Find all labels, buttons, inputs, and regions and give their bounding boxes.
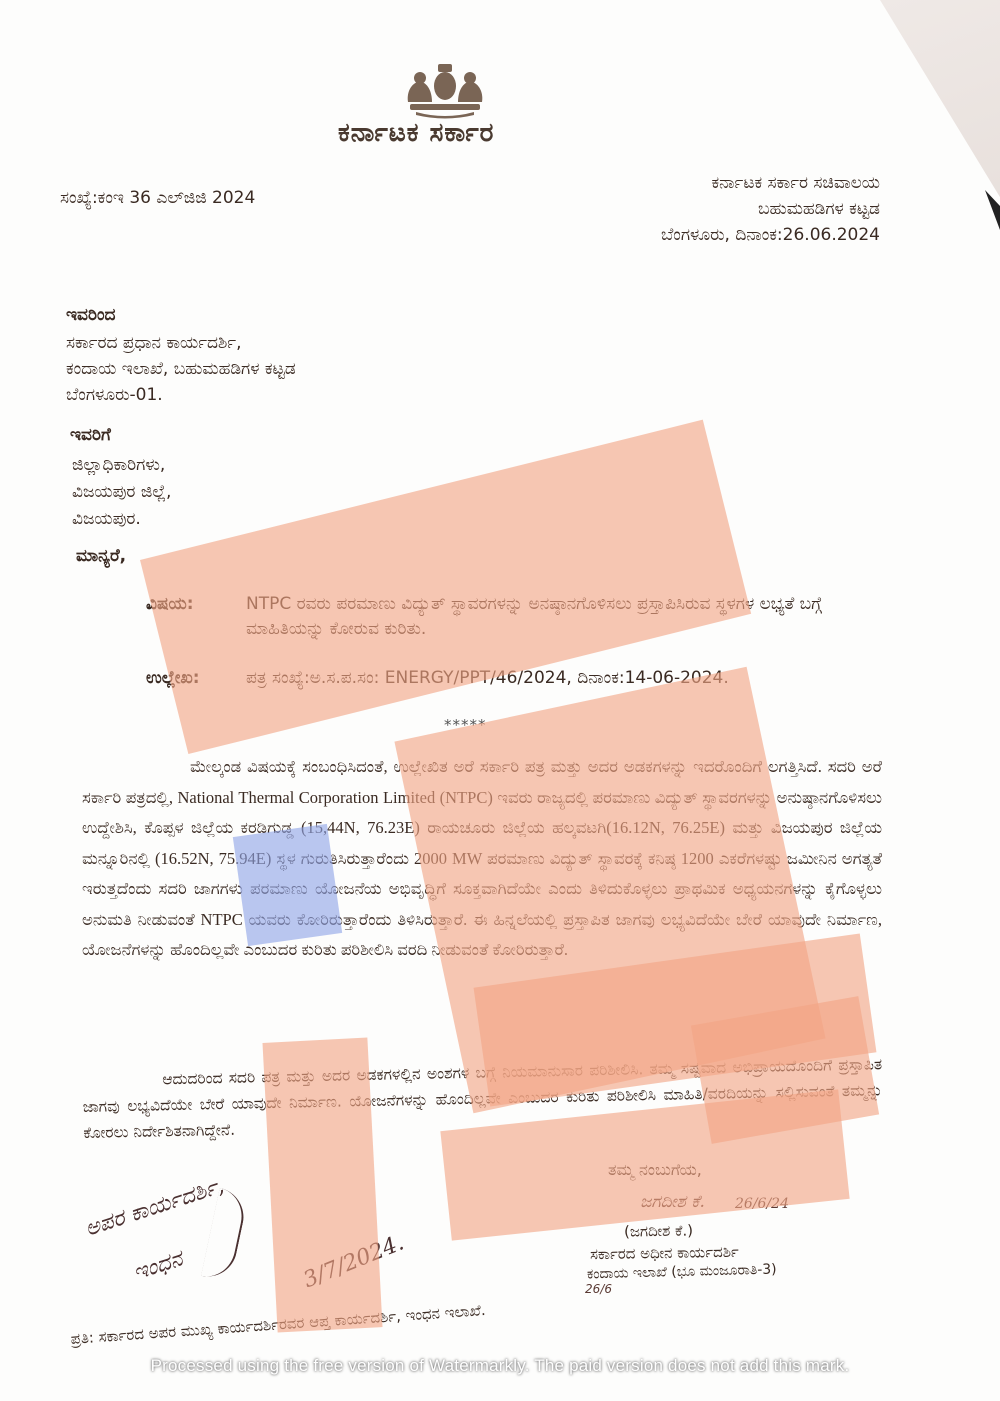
to-line: ವಿಜಯಪುರ. (72, 506, 171, 533)
reference-number: ಸಂಖ್ಯೆ:ಕಂಇ 36 ಎಲ್‌ಜಿಜಿ 2024 (60, 188, 255, 208)
karnataka-emblem-icon (402, 62, 488, 120)
page-fold-corner (880, 0, 1000, 230)
address-date-line: ಬೆಂಗಳೂರು, ದಿನಾಂಕ:26.06.2024 (661, 222, 880, 248)
salutation: ಮಾನ್ಯರೆ, (76, 546, 126, 566)
watermark: Processed using the free version of Wate… (0, 1356, 1000, 1376)
to-label: ಇವರಿಗೆ (70, 425, 111, 445)
signatory-name: (ಜಗದೀಶ ಕೆ.) (624, 1221, 693, 1240)
handwritten-note-line2: ಇಂಧನ (130, 1246, 186, 1285)
address-line: ಬಹುಮಹಡಿಗಳ ಕಟ್ಟಡ (661, 196, 880, 222)
highlight-overlay (262, 1037, 382, 1332)
to-block: ಜಿಲ್ಲಾಧಿಕಾರಿಗಳು, ವಿಜಯಪುರ ಜಿಲ್ಲೆ, ವಿಜಯಪುರ… (72, 452, 171, 533)
highlight-overlay-blue (233, 824, 342, 946)
initial-date: 26/6 (585, 1282, 612, 1296)
handwritten-note-line1: ಅಪರ ಕಾರ್ಯದರ್ಶಿ, (82, 1173, 227, 1241)
from-block: ಸರ್ಕಾರದ ಪ್ರಧಾನ ಕಾರ್ಯದರ್ಶಿ, ಕಂದಾಯ ಇಲಾಖೆ, … (66, 330, 296, 408)
from-line: ಸರ್ಕಾರದ ಪ್ರಧಾನ ಕಾರ್ಯದರ್ಶಿ, (66, 330, 296, 356)
address-line: ಕರ್ನಾಟಕ ಸರ್ಕಾರ ಸಚಿವಾಲಯ (661, 170, 880, 196)
signatory-designation: ಸರ್ಕಾರದ ಅಧೀನ ಕಾರ್ಯದರ್ಶಿ (590, 1243, 739, 1264)
signatory-department: ಕಂದಾಯ ಇಲಾಖೆ (ಭೂ ಮಂಜೂರಾತಿ-3) (587, 1262, 777, 1283)
page-fold-shadow (985, 190, 1000, 230)
office-address: ಕರ್ನಾಟಕ ಸರ್ಕಾರ ಸಚಿವಾಲಯ ಬಹುಮಹಡಿಗಳ ಕಟ್ಟಡ ಬ… (661, 170, 880, 248)
from-label: ಇವರಿಂದ (66, 305, 115, 325)
to-line: ಜಿಲ್ಲಾಧಿಕಾರಿಗಳು, (72, 452, 171, 479)
from-line: ಕಂದಾಯ ಇಲಾಖೆ, ಬಹುಮಹಡಿಗಳ ಕಟ್ಟಡ (66, 356, 296, 382)
government-title: ಕರ್ನಾಟಕ ಸರ್ಕಾರ (338, 118, 494, 149)
letter-page: ಕರ್ನಾಟಕ ಸರ್ಕಾರ ಸಂಖ್ಯೆ:ಕಂಇ 36 ಎಲ್‌ಜಿಜಿ 20… (0, 0, 1000, 1401)
to-line: ವಿಜಯಪುರ ಜಿಲ್ಲೆ, (72, 479, 171, 506)
from-line: ಬೆಂಗಳೂರು-01. (66, 382, 296, 408)
